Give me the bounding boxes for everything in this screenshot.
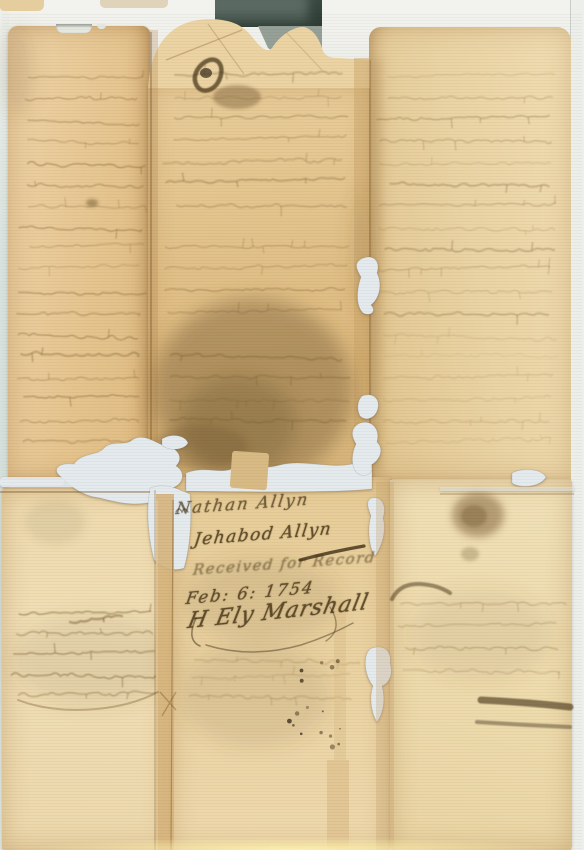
document-scan: Nathan Allyn Jehabod Allyn Received for …: [0, 0, 584, 850]
paper-flap-top-center: [148, 19, 370, 88]
decoration-layer: [0, 0, 584, 850]
stains-group: [2, 25, 552, 747]
